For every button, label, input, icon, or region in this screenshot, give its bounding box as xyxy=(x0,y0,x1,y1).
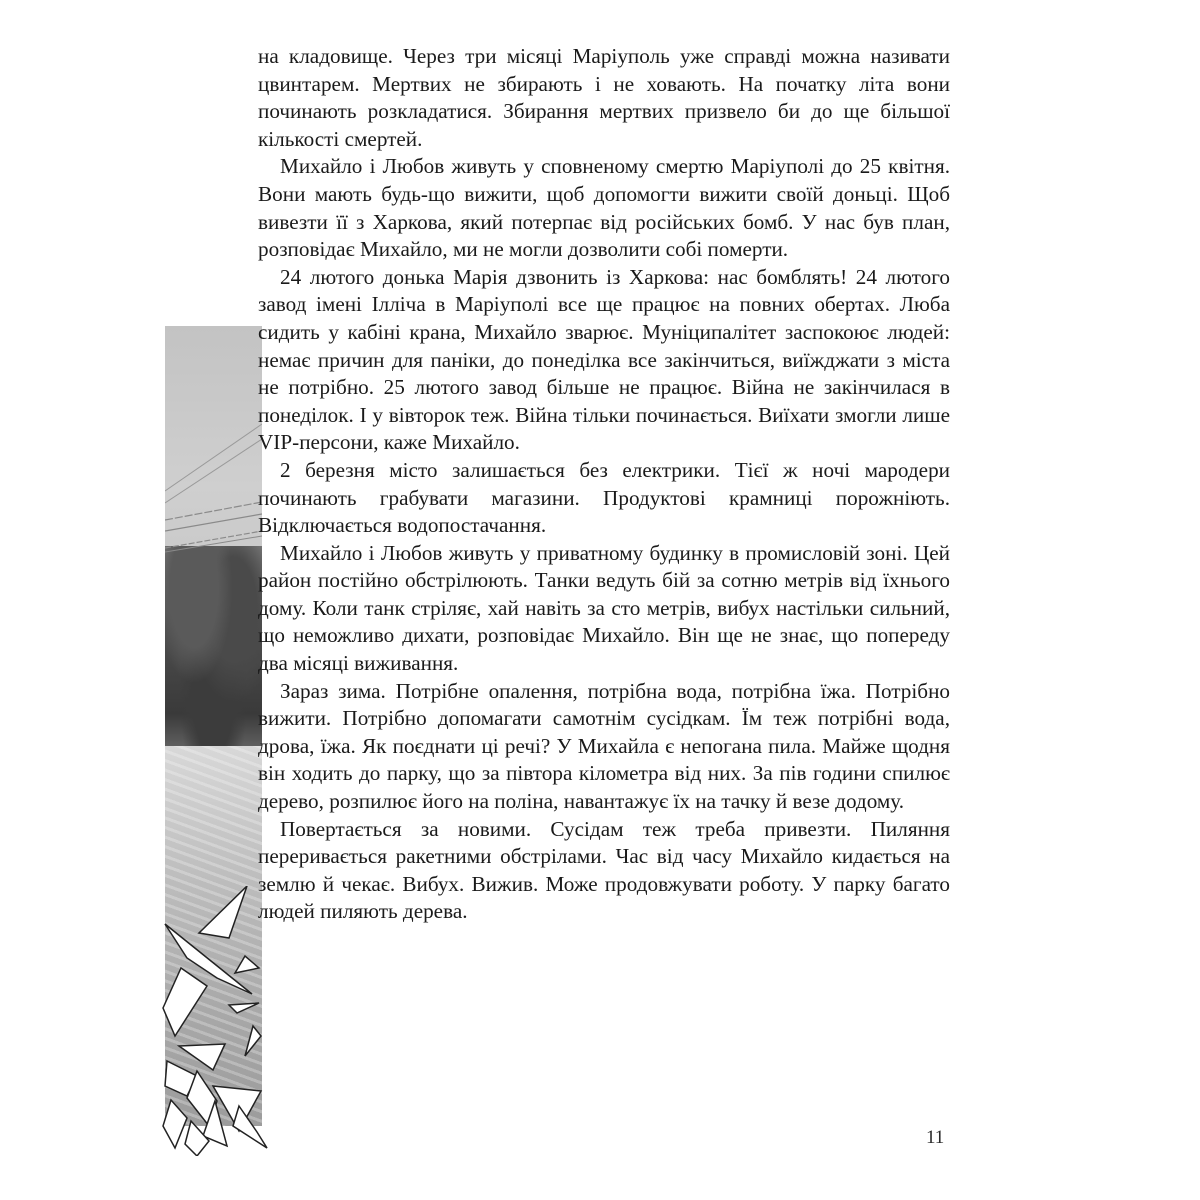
book-page: на кладовище. Через три місяці Маріуполь… xyxy=(0,0,1200,1200)
paragraph: на кладовище. Через три місяці Маріуполь… xyxy=(258,43,950,153)
photo-illustration xyxy=(165,326,262,1126)
paragraph: Зараз зима. Потрібне опалення, потрібна … xyxy=(258,678,950,816)
paragraph: 2 березня місто залишається без електрик… xyxy=(258,457,950,540)
paragraph: Повертається за новими. Сусідам теж треб… xyxy=(258,816,950,926)
page-number: 11 xyxy=(926,1127,944,1149)
paragraph: Михайло і Любов живуть у приватному буди… xyxy=(258,540,950,678)
body-text: на кладовище. Через три місяці Маріуполь… xyxy=(258,43,950,926)
paragraph: 24 лютого донька Марія дзвонить із Харко… xyxy=(258,264,950,457)
power-lines-icon xyxy=(165,326,262,556)
photo-trees xyxy=(165,546,262,756)
glass-shards-icon xyxy=(157,886,272,1156)
paragraph: Михайло і Любов живуть у сповненому смер… xyxy=(258,153,950,263)
